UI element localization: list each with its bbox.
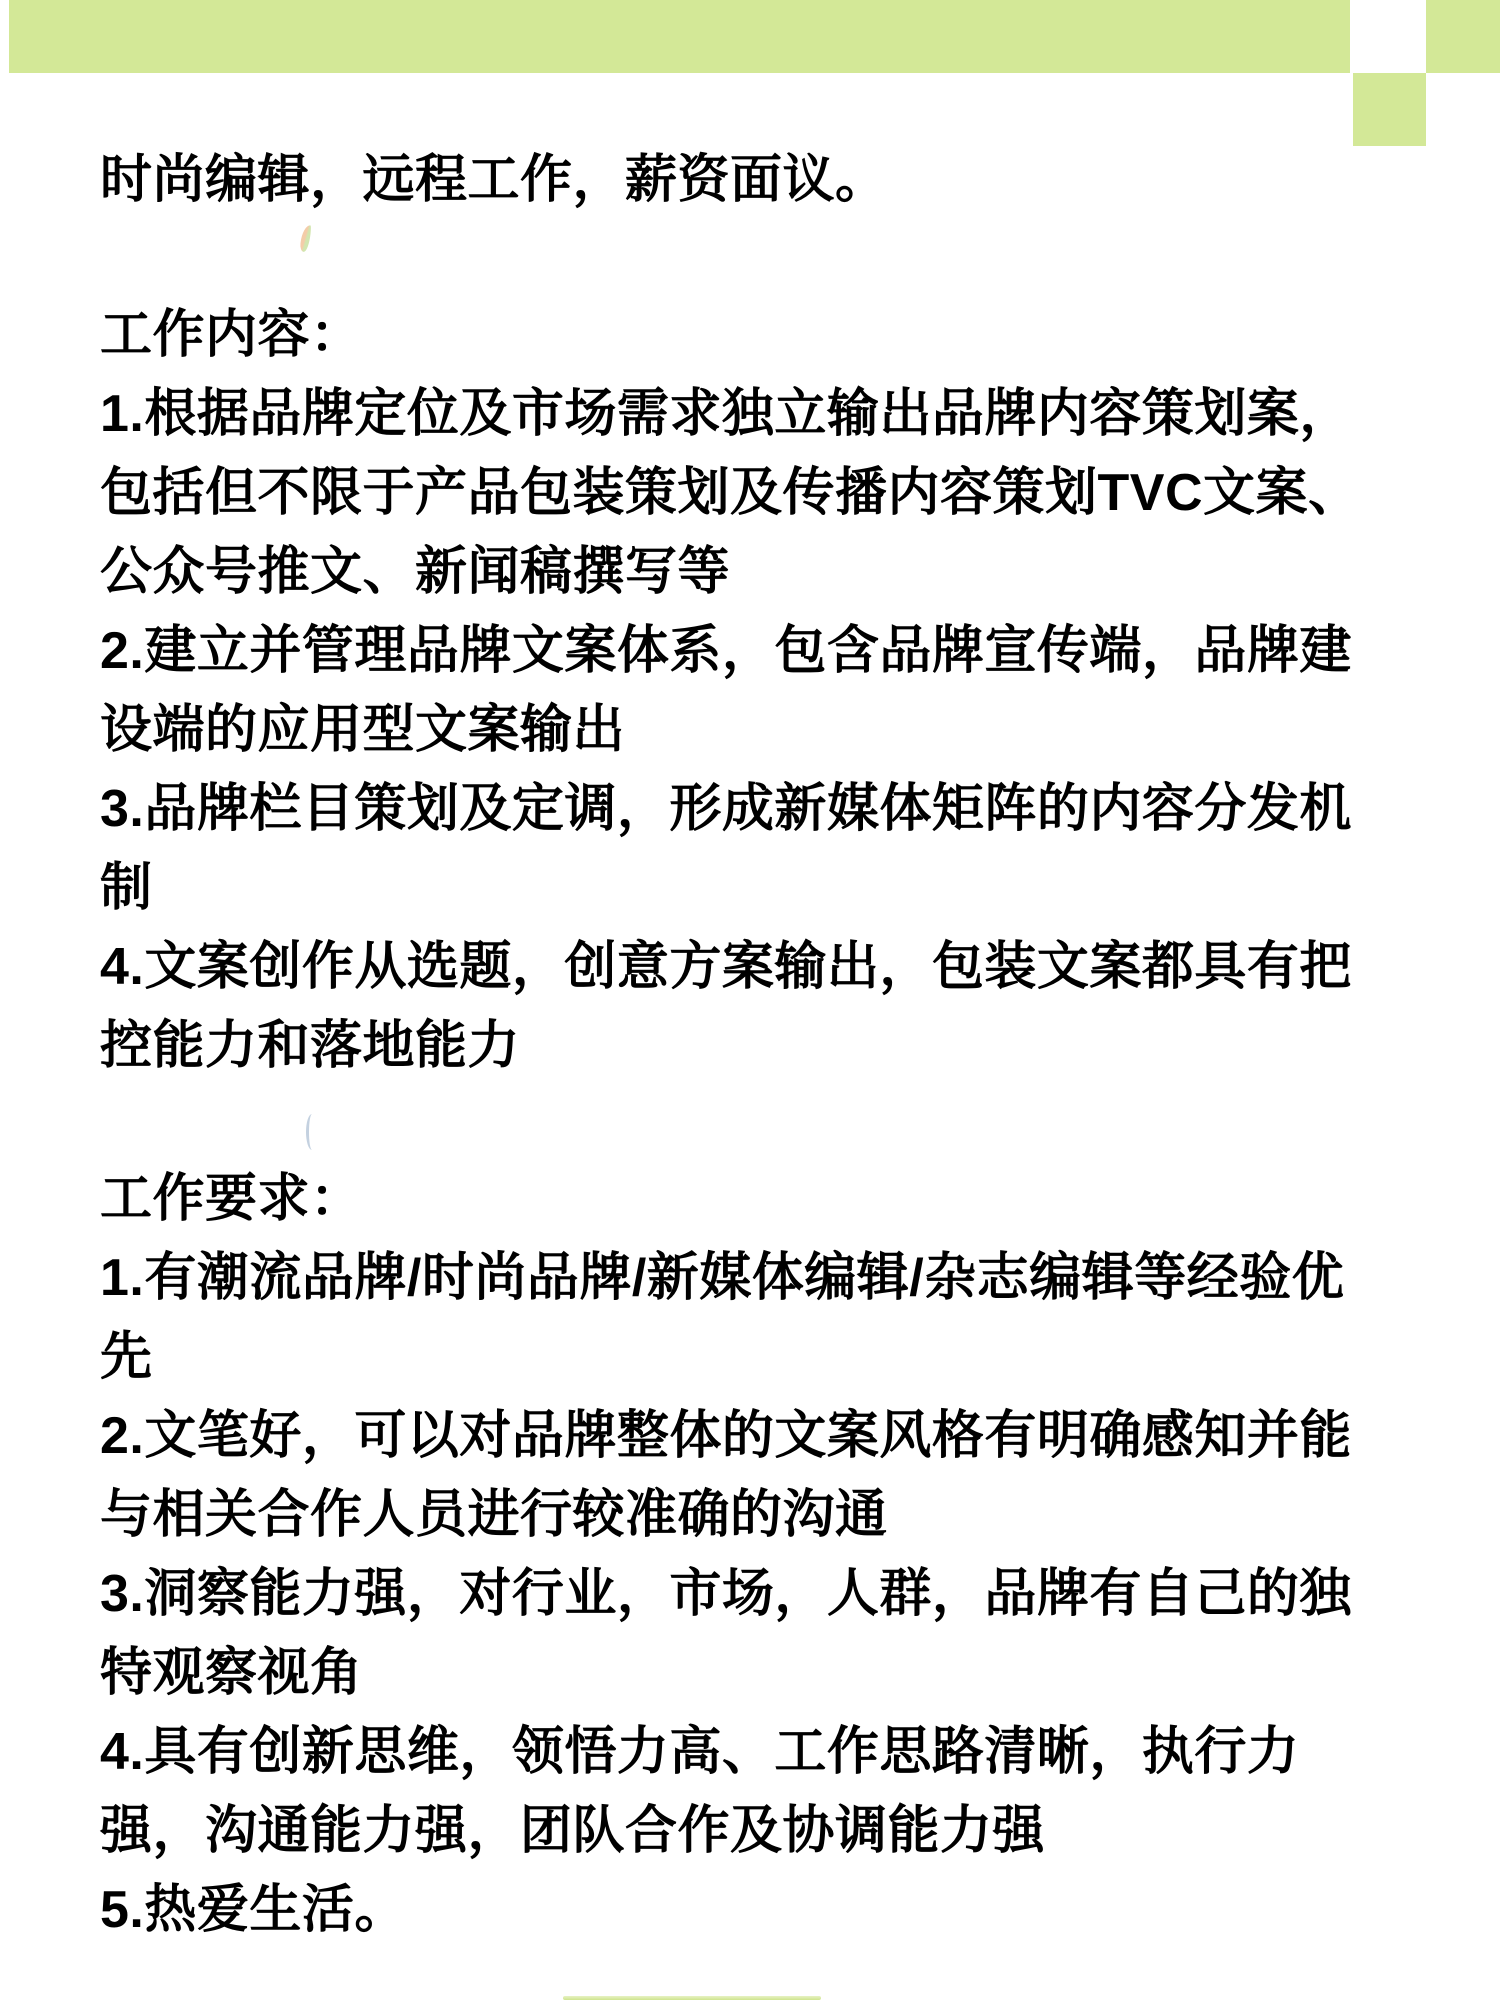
body-line: 5.热爱生活。 (100, 1871, 1460, 1950)
body-line: 设端的应用型文案输出 (100, 691, 1460, 770)
body-line: 控能力和落地能力 (100, 1007, 1460, 1086)
top-banner-bar (9, 0, 1350, 73)
section-job-content: 工作内容： 1.根据品牌定位及市场需求独立输出品牌内容策划案， 包括但不限于产品… (100, 296, 1460, 1086)
body-line: 2.建立并管理品牌文案体系，包含品牌宣传端，品牌建 (100, 612, 1460, 691)
bottom-green-strip (563, 1996, 821, 2000)
content-block: 时尚编辑，远程工作，薪资面议。 工作内容： 1.根据品牌定位及市场需求独立输出品… (100, 141, 1460, 1950)
job-title: 时尚编辑，远程工作，薪资面议。 (100, 141, 1460, 220)
body-line: 包括但不限于产品包装策划及传播内容策划TVC文案、 (100, 454, 1460, 533)
body-line: 2.文笔好，可以对品牌整体的文案风格有明确感知并能 (100, 1397, 1460, 1476)
body-line: 4.具有创新思维，领悟力高、工作思路清晰，执行力 (100, 1713, 1460, 1792)
section-heading: 工作要求： (100, 1160, 1460, 1239)
body-line: 1.根据品牌定位及市场需求独立输出品牌内容策划案， (100, 375, 1460, 454)
body-line: 公众号推文、新闻稿撰写等 (100, 533, 1460, 612)
section-job-requirements: 工作要求： 1.有潮流品牌/时尚品牌/新媒体编辑/杂志编辑等经验优 先 2.文笔… (100, 1160, 1460, 1950)
body-line: 4.文案创作从选题，创意方案输出，包装文案都具有把 (100, 928, 1460, 1007)
body-line: 与相关合作人员进行较准确的沟通 (100, 1476, 1460, 1555)
body-line: 1.有潮流品牌/时尚品牌/新媒体编辑/杂志编辑等经验优 (100, 1239, 1460, 1318)
body-line: 3.洞察能力强，对行业，市场，人群，品牌有自己的独 (100, 1555, 1460, 1634)
body-line: 特观察视角 (100, 1634, 1460, 1713)
section-heading: 工作内容： (100, 296, 1460, 375)
body-line: 3.品牌栏目策划及定调，形成新媒体矩阵的内容分发机 (100, 770, 1460, 849)
offset-checker-square (1353, 73, 1426, 146)
job-post-page: 时尚编辑，远程工作，薪资面议。 工作内容： 1.根据品牌定位及市场需求独立输出品… (0, 0, 1500, 2000)
body-line: 强，沟通能力强，团队合作及协调能力强 (100, 1792, 1460, 1871)
body-line: 制 (100, 849, 1460, 928)
top-right-checker-square (1426, 0, 1500, 73)
body-line: 先 (100, 1318, 1460, 1397)
